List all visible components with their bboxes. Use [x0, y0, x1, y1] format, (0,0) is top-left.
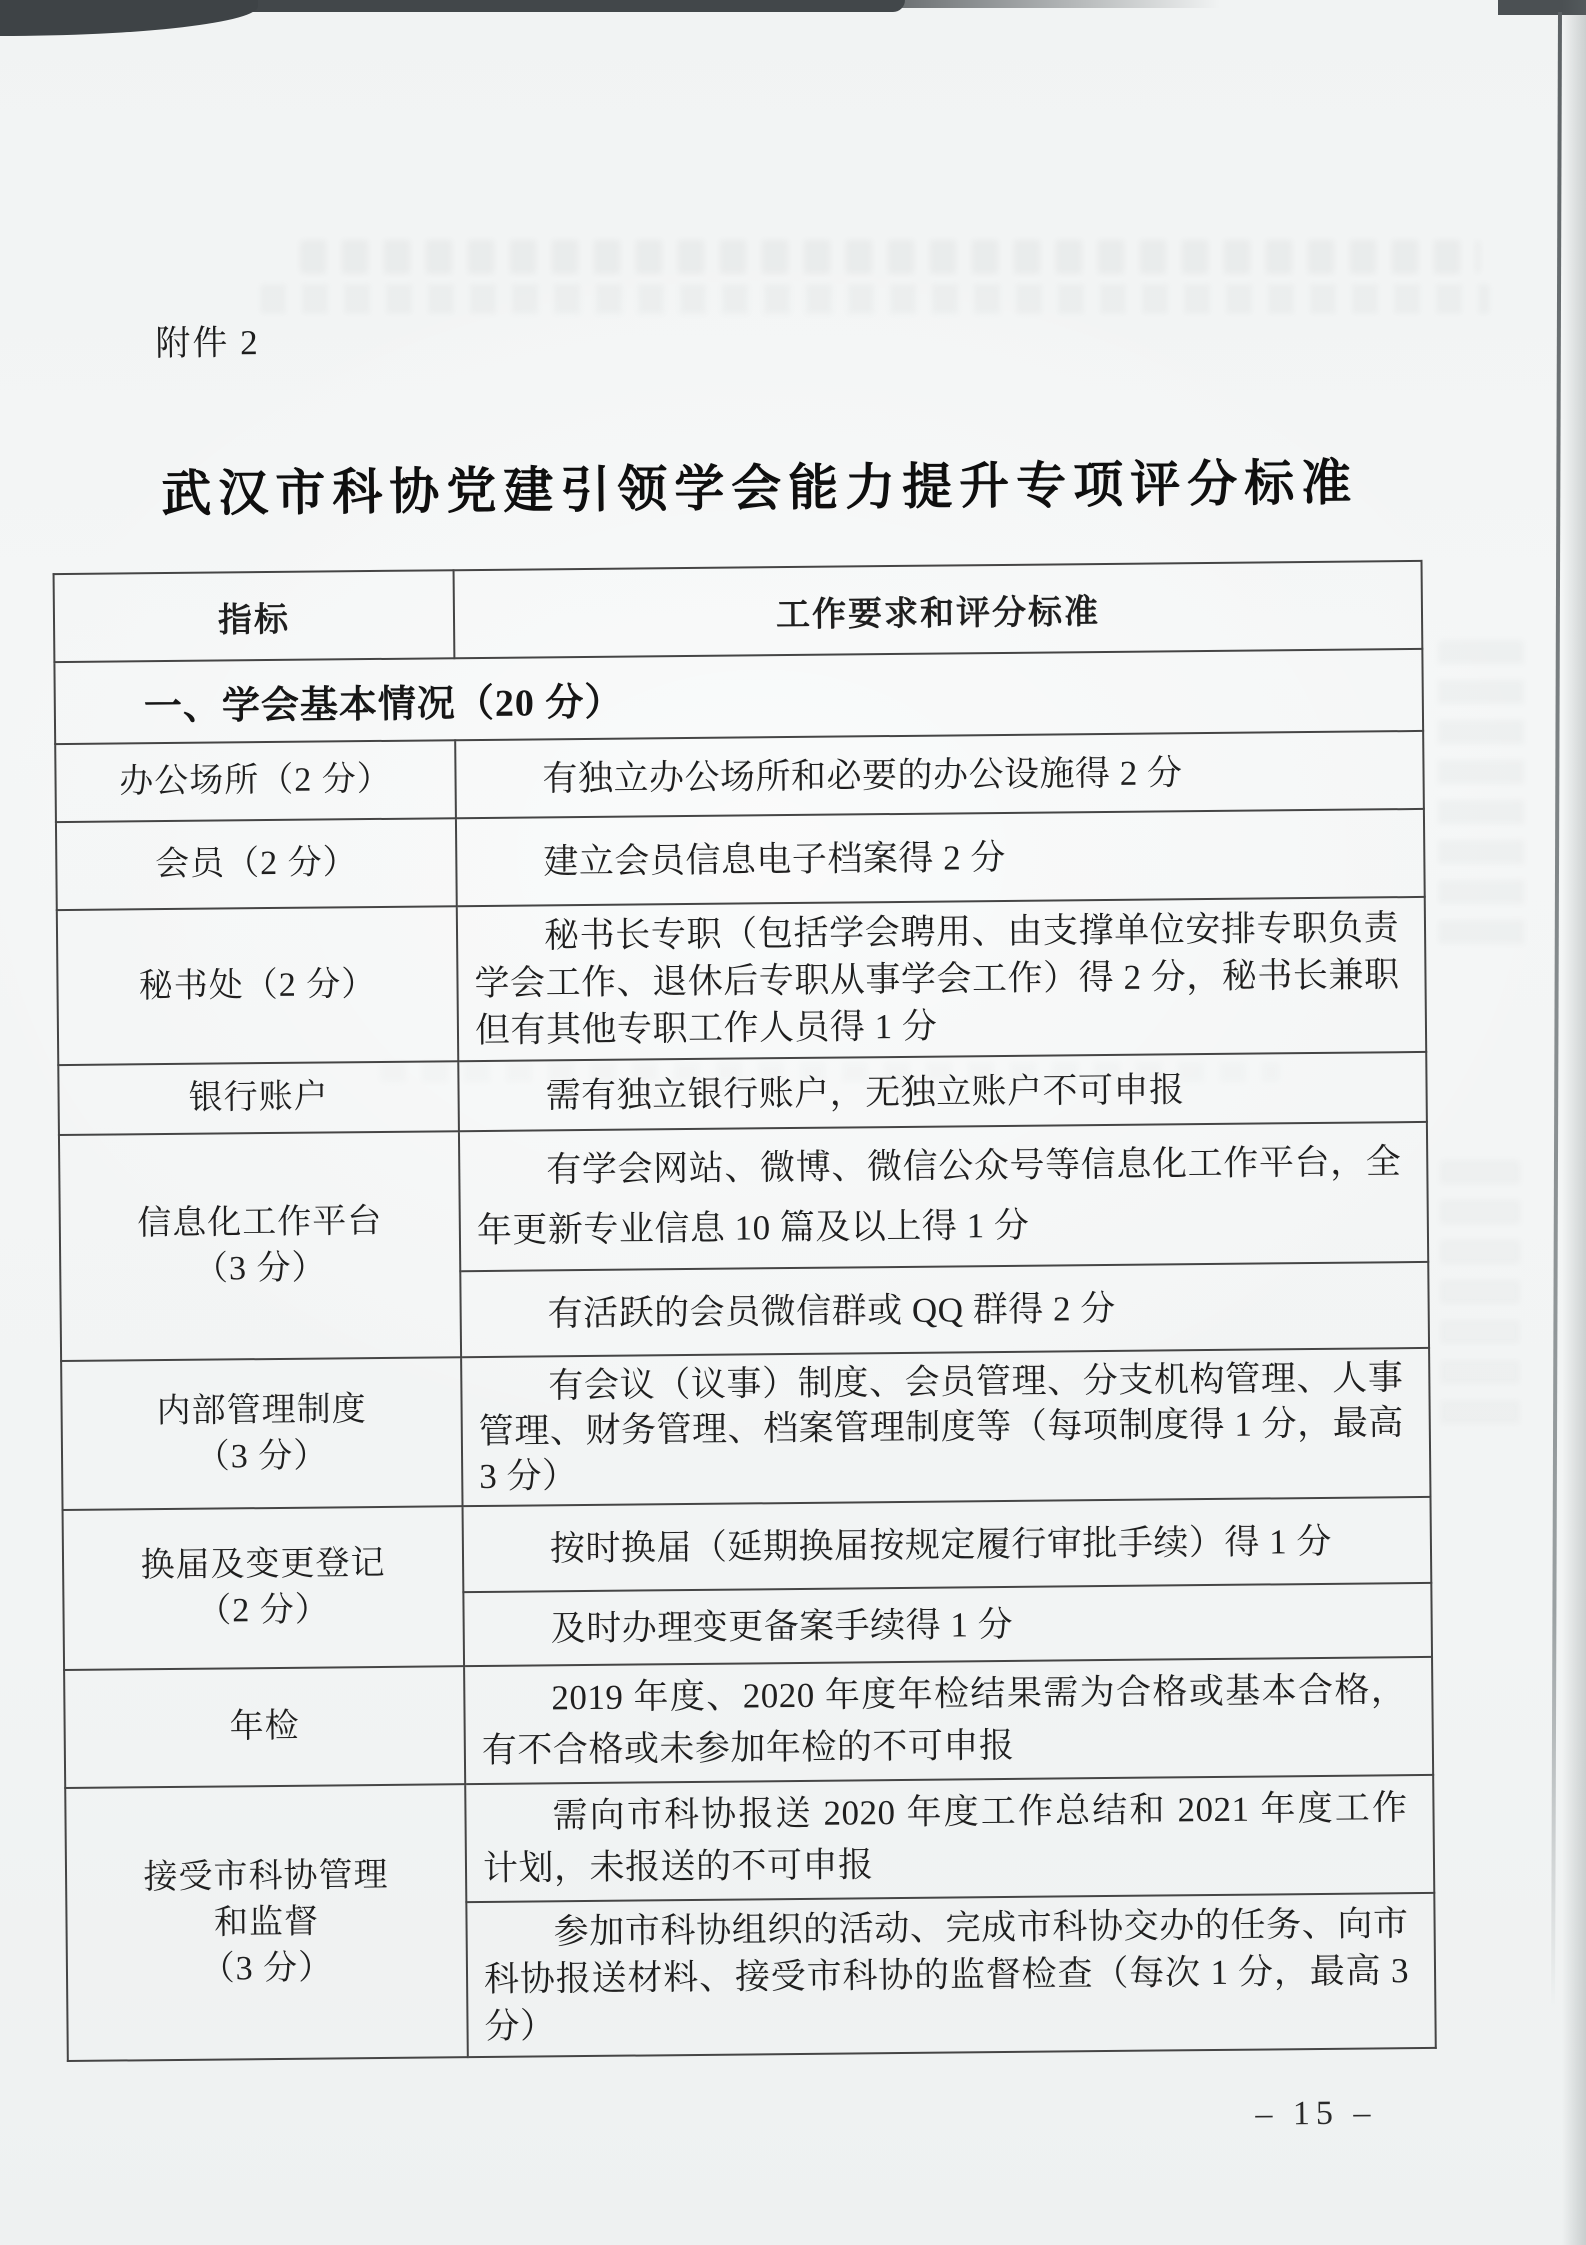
indicator-cell: 年检	[64, 1666, 465, 1788]
criteria-cell: 需向市科协报送 2020 年度工作总结和 2021 年度工作计划，未报送的不可申…	[465, 1775, 1434, 1902]
attachment-label: 附件 2	[155, 315, 260, 366]
indicator-label: 银行账户	[65, 1073, 451, 1123]
indicator-cell: 银行账户	[58, 1061, 459, 1135]
indicator-cell: 秘书处（2 分）	[57, 906, 458, 1065]
col-header-indicator: 指标	[54, 570, 455, 662]
table-row: 信息化工作平台 （3 分） 有学会网站、微博、微信公众号等信息化工作平台，全年更…	[59, 1122, 1428, 1275]
table-row: 会员（2 分） 建立会员信息电子档案得 2 分	[56, 809, 1425, 910]
indicator-label: 会员（2 分）	[63, 839, 449, 889]
indicator-label: 信息化工作平台	[67, 1198, 453, 1248]
criteria-text: 有会议（议事）制度、会员管理、分支机构管理、人事管理、财务管理、档案管理制度等（…	[478, 1355, 1404, 1499]
indicator-label: 内部管理制度	[68, 1386, 454, 1436]
criteria-cell: 按时换届（延期换届按规定履行审批手续）得 1 分	[463, 1497, 1432, 1592]
indicator-score: （3 分）	[69, 1432, 455, 1482]
table-row: 年检 2019 年度、2020 年度年检结果需为合格或基本合格，有不合格或未参加…	[64, 1657, 1433, 1788]
criteria-text: 有学会网站、微博、微信公众号等信息化工作平台，全年更新专业信息 10 篇及以上得…	[476, 1132, 1402, 1261]
document-title: 武汉市科协党建引领学会能力提升专项评分标准	[0, 441, 1525, 528]
criteria-text: 需有独立银行账户，无独立账户不可申报	[475, 1064, 1400, 1120]
section-row: 一、学会基本情况（20 分）	[54, 649, 1423, 744]
indicator-cell: 会员（2 分）	[56, 818, 457, 910]
criteria-text: 及时办理变更备案手续得 1 分	[480, 1597, 1405, 1653]
table-row: 内部管理制度 （3 分） 有会议（议事）制度、会员管理、分支机构管理、人事管理、…	[61, 1348, 1430, 1510]
indicator-label: 接受市科协管理	[73, 1852, 459, 1902]
indicator-cell: 内部管理制度 （3 分）	[61, 1357, 462, 1510]
page-number: – 15 –	[1255, 2094, 1376, 2133]
indicator-label: 年检	[71, 1702, 457, 1752]
indicator-cell: 接受市科协管理 和监督 （3 分）	[65, 1784, 468, 2061]
indicator-cell: 办公场所（2 分）	[55, 740, 456, 822]
criteria-text: 有独立办公场所和必要的办公设施得 2 分	[472, 747, 1397, 803]
indicator-label: 秘书处（2 分）	[64, 961, 450, 1011]
indicator-score: （3 分）	[67, 1244, 453, 1294]
criteria-text: 需向市科协报送 2020 年度工作总结和 2021 年度工作计划，未报送的不可申…	[482, 1782, 1408, 1895]
table-row: 秘书处（2 分） 秘书长专职（包括学会聘用、由支撑单位安排专职负责学会工作、退休…	[57, 897, 1426, 1065]
criteria-cell: 秘书长专职（包括学会聘用、由支撑单位安排专职负责学会工作、退休后专职从事学会工作…	[457, 897, 1426, 1061]
criteria-cell: 有学会网站、微博、微信公众号等信息化工作平台，全年更新专业信息 10 篇及以上得…	[459, 1122, 1428, 1271]
criteria-text: 2019 年度、2020 年度年检结果需为合格或基本合格，有不合格或未参加年检的…	[481, 1664, 1407, 1777]
criteria-text: 按时换届（延期换届按规定履行审批手续）得 1 分	[480, 1517, 1405, 1573]
criteria-cell: 及时办理变更备案手续得 1 分	[463, 1583, 1432, 1666]
criteria-text: 建立会员信息电子档案得 2 分	[473, 830, 1398, 886]
table-row: 办公场所（2 分） 有独立办公场所和必要的办公设施得 2 分	[55, 731, 1424, 822]
indicator-score: （3 分）	[74, 1944, 460, 1994]
criteria-text: 有活跃的会员微信群或 QQ 群得 2 分	[477, 1282, 1402, 1338]
criteria-text: 秘书长专职（包括学会聘用、由支撑单位安排专职负责学会工作、退休后专职从事学会工作…	[474, 904, 1400, 1054]
table-header-row: 指标 工作要求和评分标准	[54, 561, 1423, 662]
criteria-cell: 有会议（议事）制度、会员管理、分支机构管理、人事管理、财务管理、档案管理制度等（…	[461, 1348, 1430, 1506]
criteria-cell: 建立会员信息电子档案得 2 分	[456, 809, 1425, 906]
table-row: 换届及变更登记 （2 分） 按时换届（延期换届按规定履行审批手续）得 1 分	[63, 1497, 1432, 1596]
table-row: 银行账户 需有独立银行账户，无独立账户不可申报	[58, 1052, 1427, 1135]
indicator-label: 换届及变更登记	[70, 1540, 456, 1590]
indicator-cell: 信息化工作平台 （3 分）	[59, 1131, 461, 1361]
indicator-label: 办公场所（2 分）	[62, 756, 448, 806]
indicator-cell: 换届及变更登记 （2 分）	[63, 1506, 465, 1670]
criteria-cell: 有独立办公场所和必要的办公设施得 2 分	[455, 731, 1424, 818]
criteria-cell: 有活跃的会员微信群或 QQ 群得 2 分	[460, 1262, 1429, 1357]
criteria-cell: 参加市科协组织的活动、完成市科协交办的任务、向市科协报送材料、接受市科协的监督检…	[466, 1893, 1435, 2057]
col-header-criteria: 工作要求和评分标准	[454, 561, 1423, 658]
section-title: 一、学会基本情况（20 分）	[54, 649, 1423, 744]
table-row: 接受市科协管理 和监督 （3 分） 需向市科协报送 2020 年度工作总结和 2…	[65, 1775, 1434, 1906]
criteria-cell: 需有独立银行账户，无独立账户不可申报	[458, 1052, 1427, 1131]
indicator-score: （2 分）	[70, 1586, 456, 1636]
document-page: 附件 2 武汉市科协党建引领学会能力提升专项评分标准 指标 工作要求和评分标准 …	[0, 0, 1586, 2245]
criteria-cell: 2019 年度、2020 年度年检结果需为合格或基本合格，有不合格或未参加年检的…	[464, 1657, 1433, 1784]
scoring-table: 指标 工作要求和评分标准 一、学会基本情况（20 分） 办公场所（2 分） 有独…	[53, 560, 1437, 2062]
criteria-text: 参加市科协组织的活动、完成市科协交办的任务、向市科协报送材料、接受市科协的监督检…	[483, 1900, 1409, 2050]
indicator-label: 和监督	[73, 1898, 459, 1948]
